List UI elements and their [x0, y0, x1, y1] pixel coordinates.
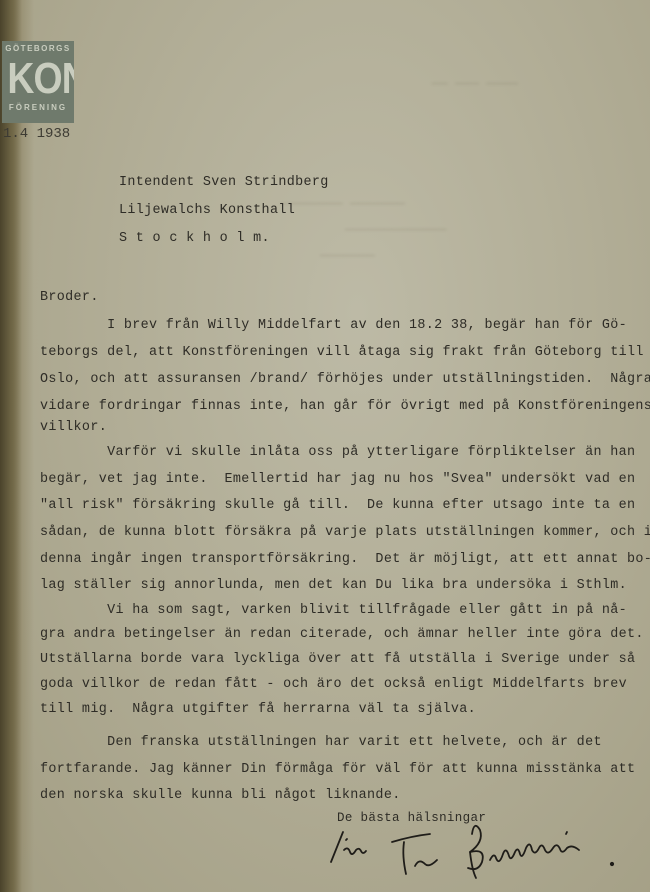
body-line: Utställarna borde vara lyckliga över att…	[40, 652, 635, 667]
bleed-through-text: ———————	[320, 248, 375, 263]
letter-page: —— ——— ———— ———————— ——————— ———————————…	[0, 0, 650, 892]
body-line: vidare fordringar finnas inte, han går f…	[40, 399, 650, 414]
recipient-name: Intendent Sven Strindberg	[119, 175, 329, 190]
salutation: Broder.	[40, 290, 99, 305]
body-line: Den franska utställningen har varit ett …	[40, 735, 602, 750]
body-line: till mig. Några utgifter få herrarna väl…	[40, 702, 476, 717]
logo-main-text: KONST	[7, 53, 68, 105]
body-line: denna ingår ingen transportförsäkring. D…	[40, 552, 650, 567]
body-line: villkor.	[40, 420, 107, 435]
body-line: goda villkor de redan fått - och äro det…	[40, 677, 627, 692]
gotebrogs-konstforening-logo: GÖTEBORGS KONST FÖRENING	[2, 41, 74, 123]
body-line: Vi ha som sagt, varken blivit tillfrågad…	[40, 603, 627, 618]
body-line: gra andra betingelser än redan citerade,…	[40, 627, 644, 642]
logo-top-text: GÖTEBORGS	[2, 44, 74, 53]
received-date-stamp: 1.4 1938	[3, 126, 70, 142]
recipient-city: S t o c k h o l m.	[119, 231, 270, 246]
body-line: den norska skulle kunna bli något liknan…	[40, 788, 401, 803]
handwritten-signature	[300, 820, 640, 890]
body-line: "all risk" försäkring skulle gå till. De…	[40, 498, 635, 513]
bleed-through-text: ———————— ———————	[280, 196, 405, 211]
bleed-through-text: —— ——— ————	[432, 76, 518, 91]
body-line: Varför vi skulle inlåta oss på ytterliga…	[40, 445, 635, 460]
body-line: Oslo, och att assuransen /brand/ förhöje…	[40, 372, 650, 387]
recipient-institution: Liljewalchs Konsthall	[119, 203, 295, 218]
body-line: fortfarande. Jag känner Din förmåga för …	[40, 762, 635, 777]
body-line: I brev från Willy Middelfart av den 18.2…	[40, 318, 627, 333]
bleed-through-text: —————————————	[345, 222, 446, 237]
body-line: teborgs del, att Konstföreningen vill åt…	[40, 345, 644, 360]
body-line: lag ställer sig annorlunda, men det kan …	[40, 578, 627, 593]
body-line: sådan, de kunna blott försäkra på varje …	[40, 525, 650, 540]
body-line: begär, vet jag inte. Emellertid har jag …	[40, 472, 635, 487]
